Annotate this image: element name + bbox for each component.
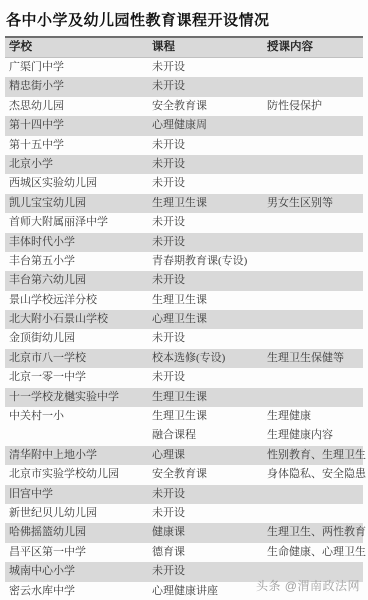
content-cell bbox=[267, 155, 363, 174]
course-cell: 安全教育课 bbox=[152, 465, 267, 484]
course-cell: 未开设 bbox=[152, 485, 267, 504]
table-row: 新世纪贝儿幼儿园未开设 bbox=[5, 504, 363, 523]
content-cell bbox=[267, 368, 363, 387]
course-cell: 未开设 bbox=[152, 504, 267, 523]
table-row: 哈佛摇篮幼儿园健康课生理卫生、两性教育 bbox=[5, 523, 363, 542]
table-row: 精忠街小学未开设 bbox=[5, 77, 363, 96]
col-header-course: 课程 bbox=[152, 38, 267, 57]
school-cell: 第十五中学 bbox=[9, 136, 152, 155]
content-cell bbox=[267, 329, 363, 348]
table-row: 旧宫中学未开设 bbox=[5, 485, 363, 504]
table-row: 首师大附属丽泽中学未开设 bbox=[5, 213, 363, 232]
school-cell: 杰思幼儿园 bbox=[9, 97, 152, 116]
table-row: 北京市八一学校校本选修(专设)生理卫生保健等 bbox=[5, 349, 363, 368]
table-row: 十一学校龙樾实验中学生理卫生课 bbox=[5, 388, 363, 407]
course-cell: 未开设 bbox=[152, 562, 267, 581]
content-cell: 性别教育、生理卫生 bbox=[267, 446, 366, 465]
table-row: 西城区实验幼儿园未开设 bbox=[5, 174, 363, 193]
school-cell: 旧宫中学 bbox=[9, 485, 152, 504]
table-row: 景山学校远洋分校生理卫生课 bbox=[5, 291, 363, 310]
table-row: 丰台第六幼儿园未开设 bbox=[5, 271, 363, 290]
table-row: 中关村一小生理卫生课生理健康 bbox=[5, 407, 363, 426]
content-cell: 防性侵保护 bbox=[267, 97, 363, 116]
table-row: 丰体时代小学未开设 bbox=[5, 233, 363, 252]
content-cell bbox=[267, 291, 363, 310]
content-cell: 身体隐私、安全隐患 bbox=[267, 465, 366, 484]
course-table: 学校 课程 授课内容 广渠门中学未开设精忠街小学未开设杰思幼儿园安全教育课防性侵… bbox=[5, 36, 363, 600]
school-cell: 景山学校远洋分校 bbox=[9, 291, 152, 310]
course-cell: 融合课程 bbox=[152, 426, 267, 445]
col-header-school: 学校 bbox=[9, 38, 152, 57]
school-cell: 清华附中上地小学 bbox=[9, 446, 152, 465]
course-cell: 生理卫生课 bbox=[152, 388, 267, 407]
school-cell: 哈佛摇篮幼儿园 bbox=[9, 523, 152, 542]
school-cell: 广渠门中学 bbox=[9, 58, 152, 77]
table-row: 丰台第五小学青春期教育课(专设) bbox=[5, 252, 363, 271]
course-cell: 未开设 bbox=[152, 213, 267, 232]
table-row: 第十五中学未开设 bbox=[5, 136, 363, 155]
table-row: 清华附中上地小学心理课性别教育、生理卫生 bbox=[5, 446, 363, 465]
school-cell: 密云水库中学 bbox=[9, 582, 152, 600]
course-cell: 健康课 bbox=[152, 523, 267, 542]
school-cell: 十一学校龙樾实验中学 bbox=[9, 388, 152, 407]
content-cell: 生理健康内容 bbox=[267, 426, 363, 445]
course-cell: 生理卫生课 bbox=[152, 407, 267, 426]
school-cell: 金顶街幼儿园 bbox=[9, 329, 152, 348]
content-cell bbox=[267, 77, 363, 96]
course-cell: 未开设 bbox=[152, 155, 267, 174]
table-row: 杰思幼儿园安全教育课防性侵保护 bbox=[5, 97, 363, 116]
table-row: 凯儿宝宝幼儿园生理卫生课男女生区别等 bbox=[5, 194, 363, 213]
content-cell bbox=[267, 485, 363, 504]
content-cell bbox=[267, 136, 363, 155]
course-cell: 未开设 bbox=[152, 233, 267, 252]
course-cell: 心理健康周 bbox=[152, 116, 267, 135]
content-cell: 生理健康 bbox=[267, 407, 363, 426]
school-cell: 新世纪贝儿幼儿园 bbox=[9, 504, 152, 523]
content-cell bbox=[267, 58, 363, 77]
infographic-table-page: 各中小学及幼儿园性教育课程开设情况 学校 课程 授课内容 广渠门中学未开设精忠街… bbox=[0, 0, 368, 600]
content-cell: 生理卫生、两性教育 bbox=[267, 523, 366, 542]
course-cell: 未开设 bbox=[152, 329, 267, 348]
table-row: 第十四中学心理健康周 bbox=[5, 116, 363, 135]
content-cell: 男女生区别等 bbox=[267, 194, 363, 213]
course-cell: 未开设 bbox=[152, 271, 267, 290]
course-cell: 心理课 bbox=[152, 446, 267, 465]
school-cell: 北京市实验学校幼儿园 bbox=[9, 465, 152, 484]
course-cell: 未开设 bbox=[152, 136, 267, 155]
school-cell: 中关村一小 bbox=[9, 407, 152, 426]
content-cell: 生命健康、心理卫生 bbox=[267, 543, 366, 562]
table-row: 融合课程生理健康内容 bbox=[5, 426, 363, 445]
table-row: 北京一零一中学未开设 bbox=[5, 368, 363, 387]
content-cell bbox=[267, 213, 363, 232]
table-row: 北大附小石景山学校心理卫生课 bbox=[5, 310, 363, 329]
content-cell bbox=[267, 116, 363, 135]
content-cell: 生理卫生保健等 bbox=[267, 349, 363, 368]
course-cell: 安全教育课 bbox=[152, 97, 267, 116]
content-cell bbox=[267, 252, 363, 271]
table-row: 昌平区第一中学德育课生命健康、心理卫生 bbox=[5, 543, 363, 562]
table-body: 广渠门中学未开设精忠街小学未开设杰思幼儿园安全教育课防性侵保护第十四中学心理健康… bbox=[5, 58, 363, 600]
school-cell: 城南中心小学 bbox=[9, 562, 152, 581]
school-cell: 首师大附属丽泽中学 bbox=[9, 213, 152, 232]
content-cell bbox=[267, 233, 363, 252]
school-cell: 丰台第五小学 bbox=[9, 252, 152, 271]
course-cell: 生理卫生课 bbox=[152, 291, 267, 310]
content-cell bbox=[267, 388, 363, 407]
table-row: 金顶街幼儿园未开设 bbox=[5, 329, 363, 348]
table-header-row: 学校 课程 授课内容 bbox=[5, 36, 363, 58]
school-cell: 北大附小石景山学校 bbox=[9, 310, 152, 329]
content-cell bbox=[267, 271, 363, 290]
content-cell bbox=[267, 174, 363, 193]
school-cell: 丰体时代小学 bbox=[9, 233, 152, 252]
watermark: 头条 @渭南政法网 bbox=[256, 577, 360, 594]
course-cell: 生理卫生课 bbox=[152, 194, 267, 213]
course-cell: 心理健康讲座 bbox=[152, 582, 267, 600]
table-row: 广渠门中学未开设 bbox=[5, 58, 363, 77]
course-cell: 未开设 bbox=[152, 174, 267, 193]
school-cell: 精忠街小学 bbox=[9, 77, 152, 96]
school-cell: 北京小学 bbox=[9, 155, 152, 174]
course-cell: 德育课 bbox=[152, 543, 267, 562]
course-cell: 未开设 bbox=[152, 368, 267, 387]
school-cell: 第十四中学 bbox=[9, 116, 152, 135]
course-cell: 心理卫生课 bbox=[152, 310, 267, 329]
school-cell: 昌平区第一中学 bbox=[9, 543, 152, 562]
page-title: 各中小学及幼儿园性教育课程开设情况 bbox=[0, 0, 368, 36]
school-cell bbox=[9, 426, 152, 445]
course-cell: 校本选修(专设) bbox=[152, 349, 267, 368]
course-cell: 未开设 bbox=[152, 77, 267, 96]
content-cell bbox=[267, 504, 363, 523]
school-cell: 北京市八一学校 bbox=[9, 349, 152, 368]
course-cell: 未开设 bbox=[152, 58, 267, 77]
course-cell: 青春期教育课(专设) bbox=[152, 252, 267, 271]
school-cell: 丰台第六幼儿园 bbox=[9, 271, 152, 290]
school-cell: 凯儿宝宝幼儿园 bbox=[9, 194, 152, 213]
table-row: 北京小学未开设 bbox=[5, 155, 363, 174]
school-cell: 西城区实验幼儿园 bbox=[9, 174, 152, 193]
col-header-content: 授课内容 bbox=[267, 38, 363, 57]
table-row: 北京市实验学校幼儿园安全教育课身体隐私、安全隐患 bbox=[5, 465, 363, 484]
school-cell: 北京一零一中学 bbox=[9, 368, 152, 387]
content-cell bbox=[267, 310, 363, 329]
